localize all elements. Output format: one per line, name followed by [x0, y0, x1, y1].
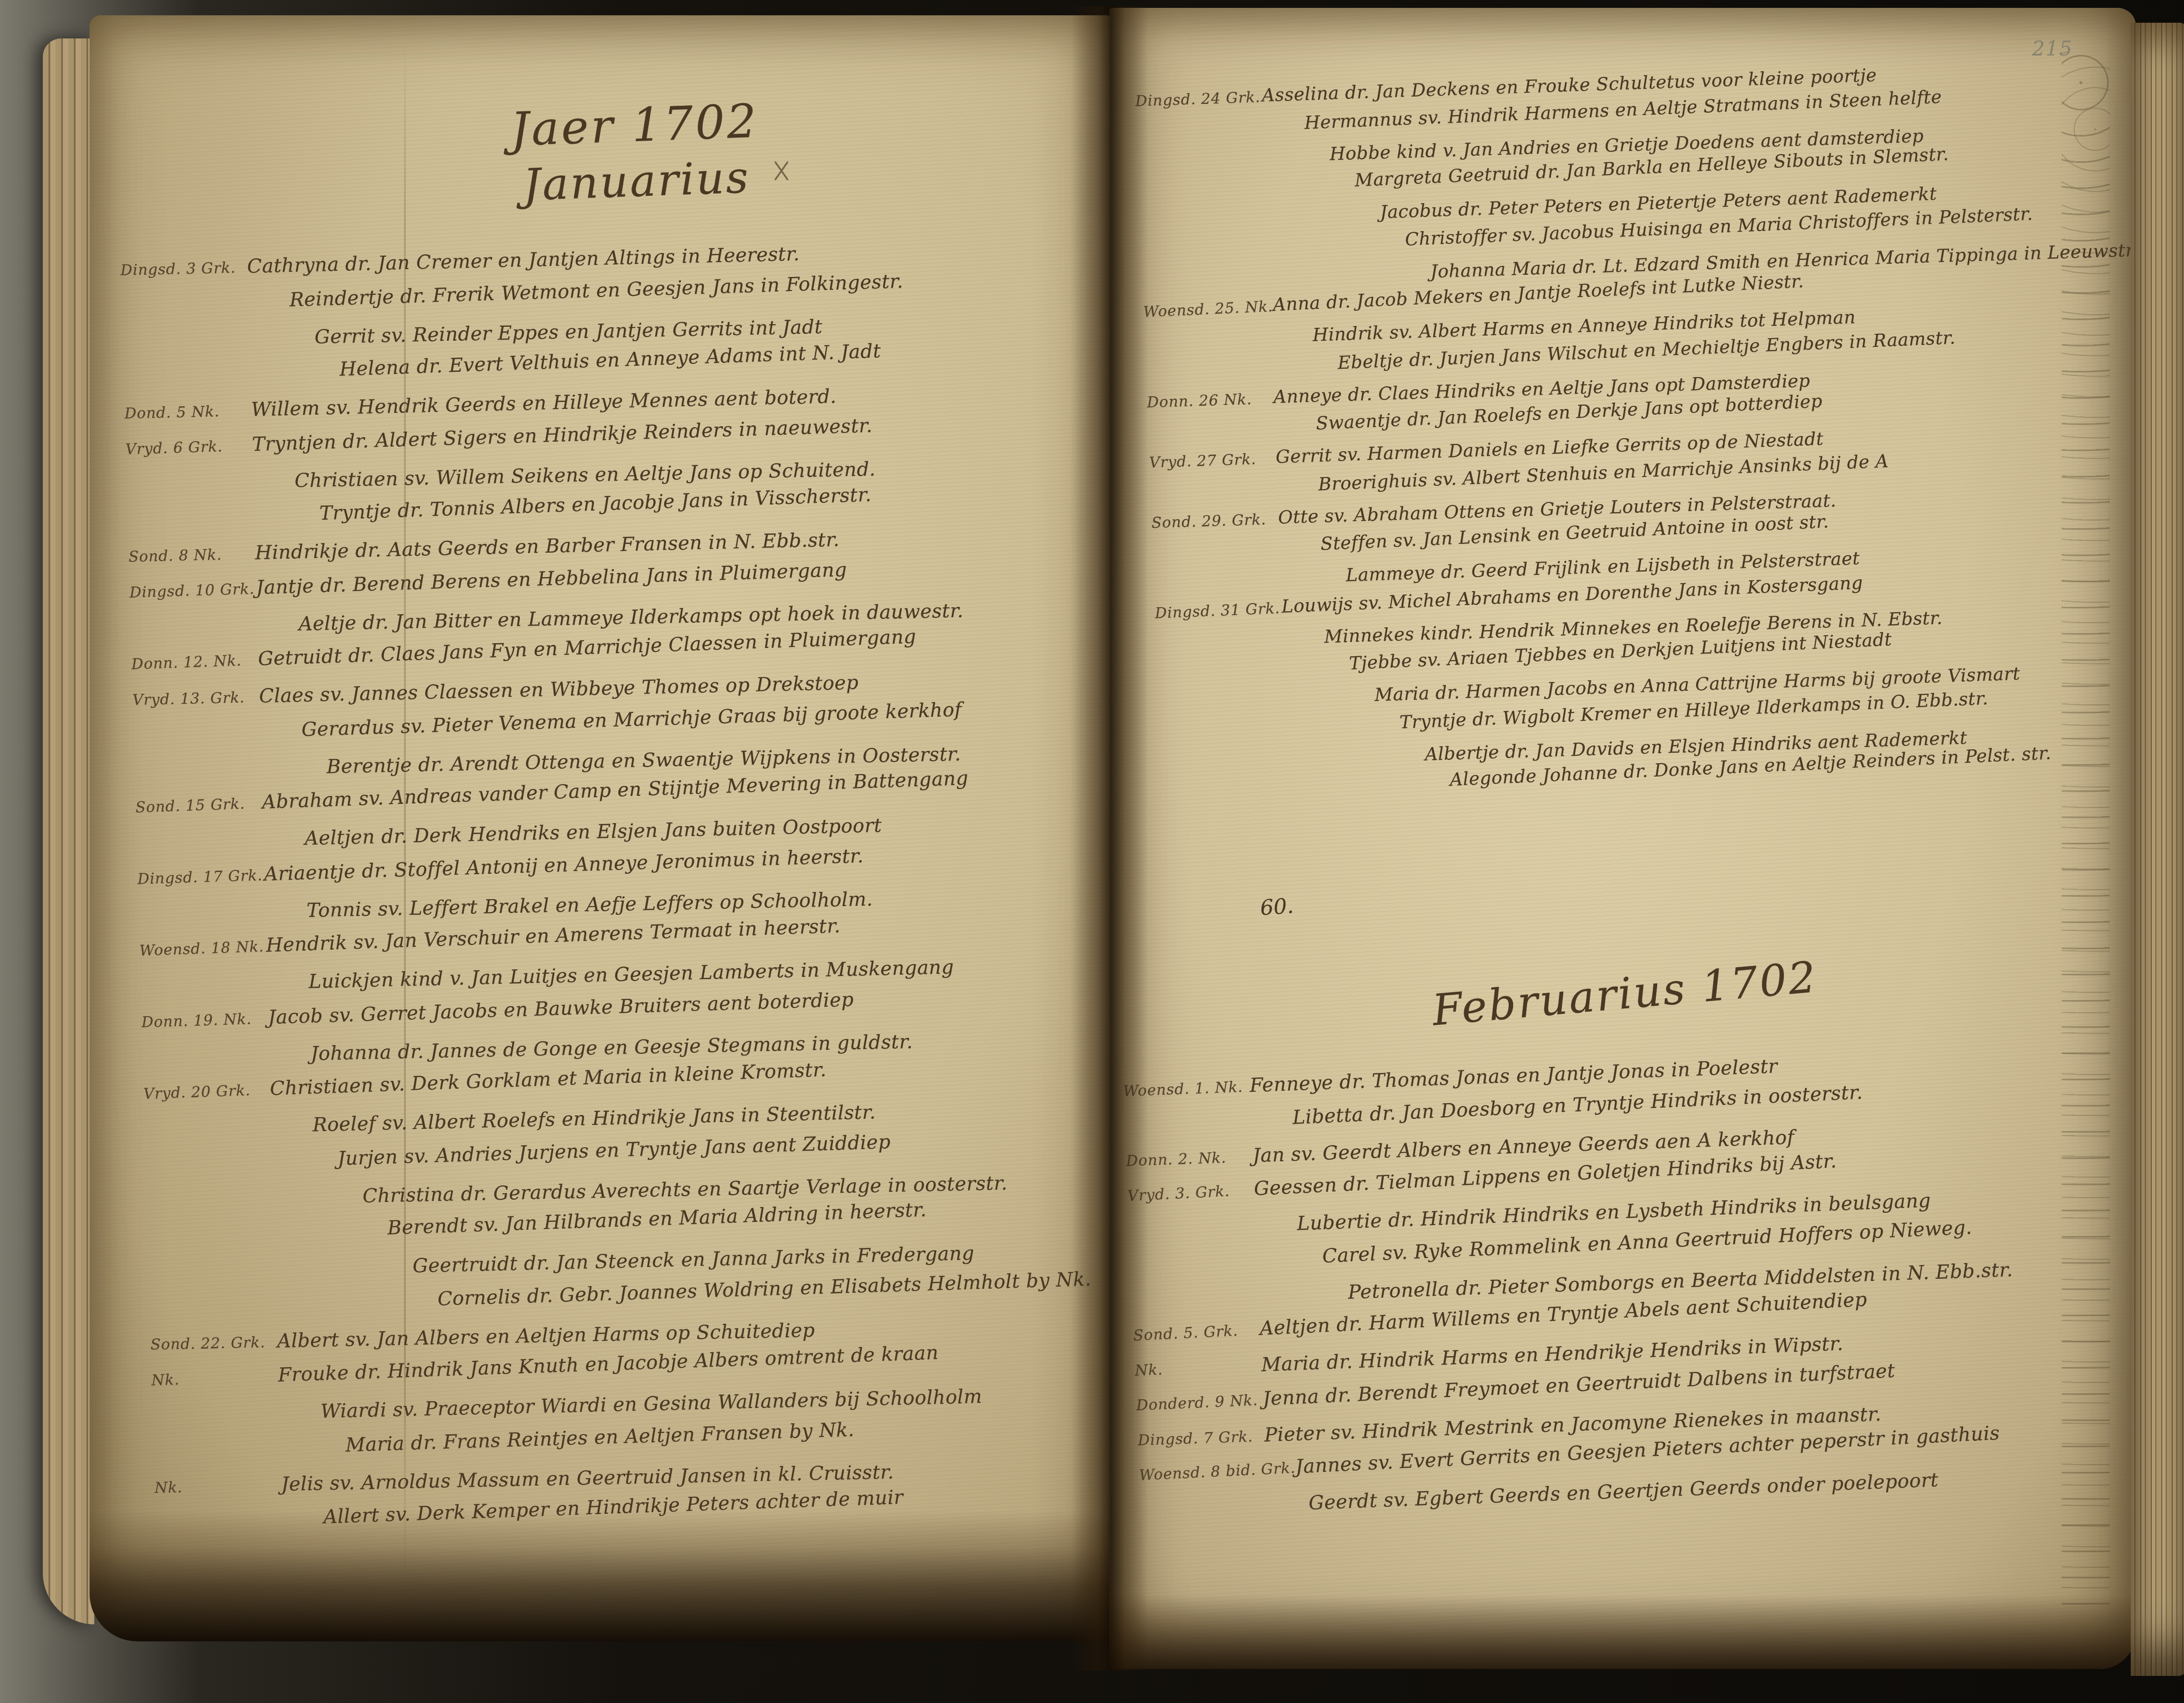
date-church-label: Donn. 2. Nk.	[1126, 1145, 1253, 1170]
january-entries-left: Dingsd. 3 Grk. Cathryna dr. Jan Cremer e…	[120, 231, 1134, 1547]
january-total-count: 60.	[1259, 893, 1294, 920]
record-text: Cathryna dr. Jan Cremer en Jantjen Altin…	[247, 243, 800, 278]
date-church-label: Dingsd. 3 Grk.	[120, 255, 247, 279]
date-church-label: Donn. 26 Nk.	[1147, 387, 1274, 412]
date-church-label: Dingsd. 7 Grk.	[1137, 1424, 1265, 1449]
date-church-label: Nk.	[151, 1364, 278, 1389]
date-church-label: Sond. 15 Grk.	[135, 791, 262, 817]
date-church-label: Donn. 19. Nk.	[141, 1006, 268, 1031]
date-church-label: Woensd. 18 Nk.	[139, 935, 266, 960]
february-entries: Woensd. 1. Nk. Fenneye dr. Thomas Jonas …	[1123, 1038, 2137, 1533]
ink-cross-mark	[771, 159, 791, 182]
date-church-label: Sond. 29. Grk.	[1151, 507, 1278, 532]
page-edges-right	[2131, 23, 2184, 1676]
shaded-bottom-edge	[1109, 1595, 2136, 1669]
date-church-label: Dond. 5 Nk.	[124, 398, 251, 422]
date-church-label: Dingsd. 17 Grk.	[137, 863, 264, 888]
january-title-block: Jaer 1702 Januarius	[394, 90, 878, 215]
date-church-label: Nk.	[1134, 1354, 1262, 1380]
january-entries-right: Dingsd. 24 Grk. Asselina dr. Jan Deckens…	[1135, 51, 2149, 812]
date-church-label: Sond. 8 Nk.	[128, 542, 256, 566]
date-church-label: Dingsd. 24 Grk.	[1135, 85, 1262, 110]
right-page: 215 Dingsd. 24 Grk. Asselina dr. Jan Dec…	[1109, 8, 2136, 1669]
month-title-february: Februarius 1702	[1410, 951, 1840, 1038]
date-church-label: Sond. 22. Grk.	[150, 1330, 277, 1353]
date-church-label: Vryd. 6 Grk.	[125, 433, 252, 458]
date-church-label: Woensd. 1. Nk.	[1123, 1074, 1250, 1100]
date-church-label: Dingsd. 10 Grk.	[129, 577, 256, 602]
date-church-label: Nk.	[154, 1473, 281, 1497]
left-page: Jaer 1702 Januarius Dingsd. 3 Grk. Cathr…	[90, 15, 1109, 1641]
date-church-label: Donn. 12. Nk.	[131, 648, 258, 673]
page-edges-left	[43, 38, 94, 1624]
date-church-label: Vryd. 20 Grk.	[143, 1077, 270, 1103]
date-church-label: Vryd. 27 Grk.	[1149, 447, 1276, 472]
register-photograph: Jaer 1702 Januarius Dingsd. 3 Grk. Cathr…	[0, 0, 2184, 1703]
date-church-label: Vryd. 13. Grk.	[132, 685, 259, 709]
